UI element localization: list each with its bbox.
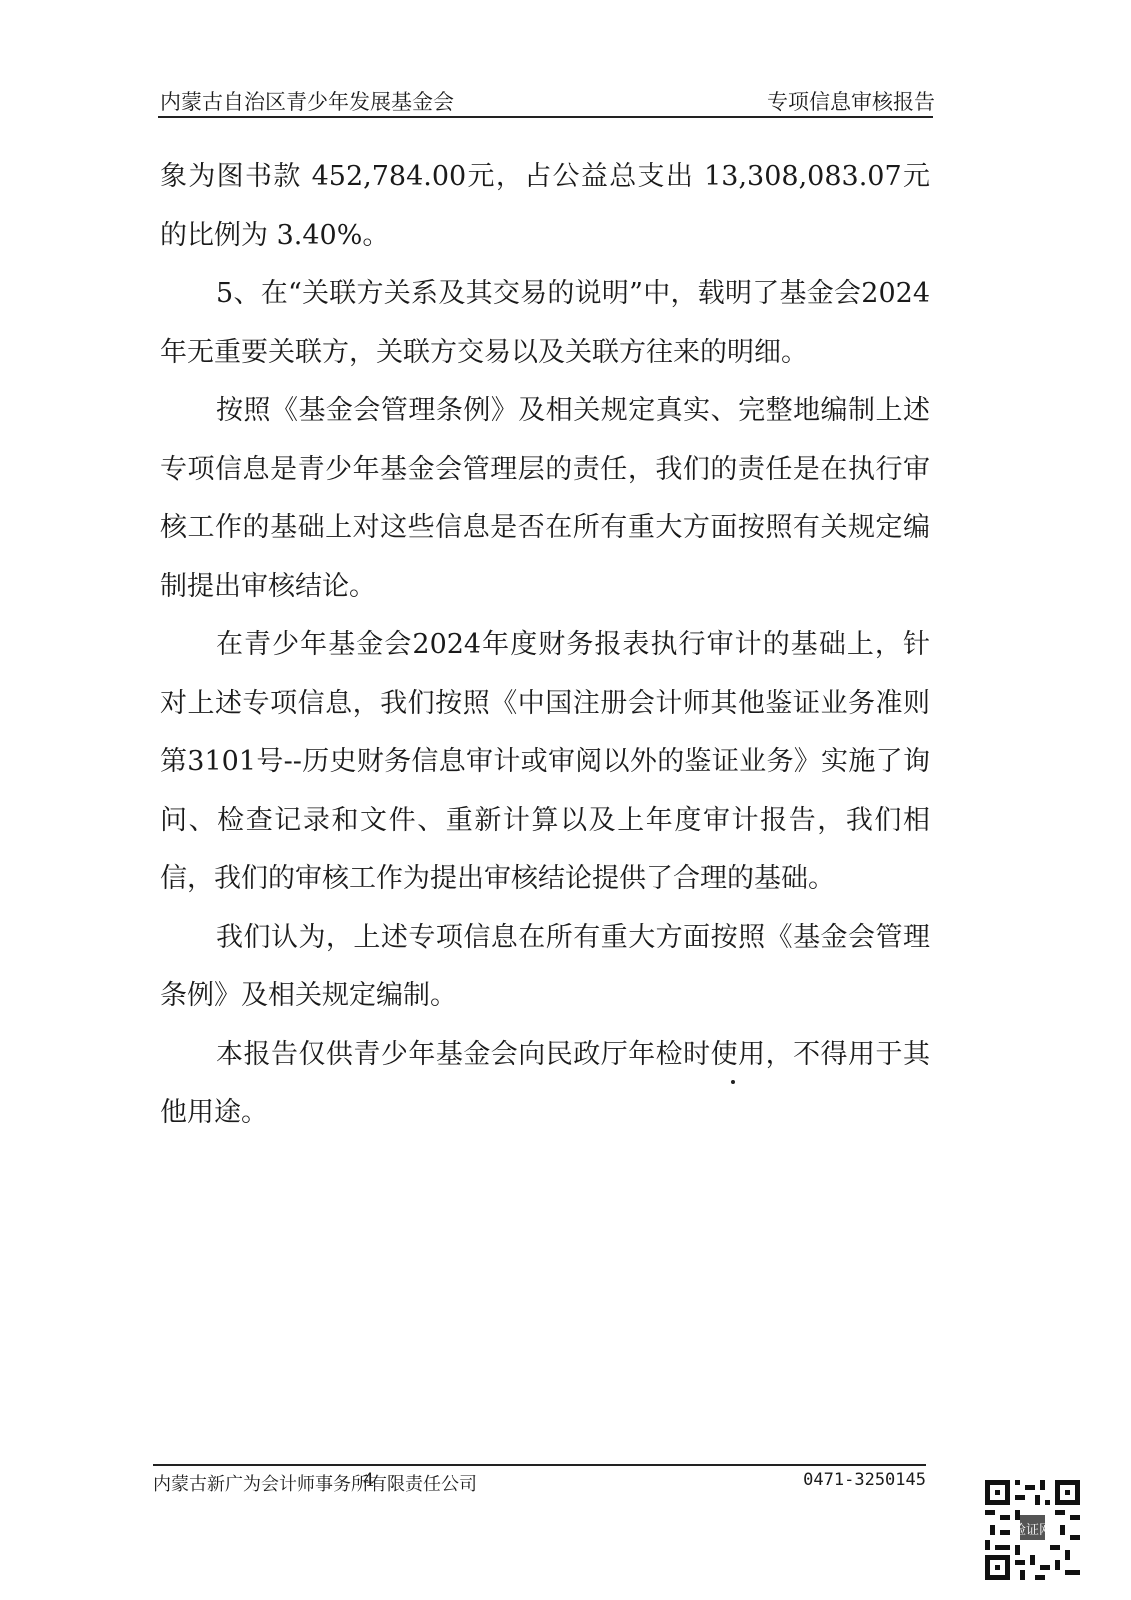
footer-company: 内蒙古新广为会计师事务所有限责任公司 bbox=[153, 1470, 477, 1496]
header-divider bbox=[158, 116, 933, 118]
paragraph: 本报告仅供青少年基金会向民政厅年检时使用，不得用于其他用途。 bbox=[160, 1026, 930, 1143]
paragraph: 按照《基金会管理条例》及相关规定真实、完整地编制上述专项信息是青少年基金会管理层… bbox=[160, 382, 930, 616]
page-footer: 内蒙古新广为会计师事务所有限责任公司 4 0471-3250145 bbox=[153, 1470, 926, 1500]
paragraph: 我们认为，上述专项信息在所有重大方面按照《基金会管理条例》及相关规定编制。 bbox=[160, 909, 930, 1026]
report-body: 象为图书款 452,784.00元，占公益总支出 13,308,083.07元的… bbox=[160, 148, 930, 1143]
paragraph: 5、在“关联方关系及其交易的说明”中，载明了基金会2024年无重要关联方，关联方… bbox=[160, 265, 930, 382]
footer-phone: 0471-3250145 bbox=[803, 1470, 926, 1490]
paragraph: 象为图书款 452,784.00元，占公益总支出 13,308,083.07元的… bbox=[160, 148, 930, 265]
scan-speck bbox=[731, 1080, 735, 1084]
qr-code-icon: 验证网 bbox=[985, 1480, 1080, 1580]
paragraph: 在青少年基金会2024年度财务报表执行审计的基础上，针对上述专项信息，我们按照《… bbox=[160, 616, 930, 909]
header-organization: 内蒙古自治区青少年发展基金会 bbox=[160, 86, 454, 116]
header-report-type: 专项信息审核报告 bbox=[767, 86, 935, 116]
page-number: 4 bbox=[363, 1470, 374, 1491]
svg-text:验证网: 验证网 bbox=[1013, 1523, 1052, 1538]
page-header: 内蒙古自治区青少年发展基金会 专项信息审核报告 bbox=[160, 86, 935, 118]
footer-divider bbox=[153, 1464, 926, 1466]
